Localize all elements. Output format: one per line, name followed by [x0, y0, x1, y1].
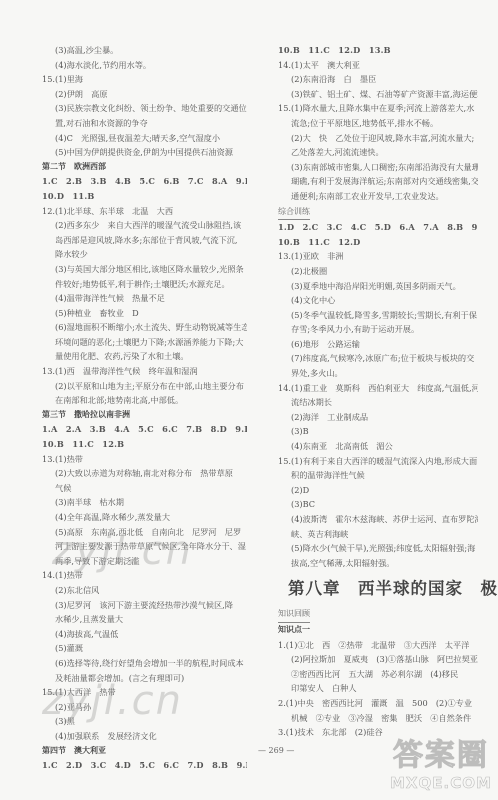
- answer-subline: 通便利;东南部工农业开发早,工农业发达。: [278, 189, 478, 204]
- question-answer: 12.(1)北半球、东半球 北温 大西: [42, 204, 247, 219]
- answer-subline: (6)选择等待,绕行好望角会增加一半的航程,时间成本: [42, 656, 247, 671]
- watermark-zyjl-bottom: zyjl.cn: [42, 678, 183, 724]
- answer-subline: (2)阿拉斯加 夏威夷 (3)①落基山脉 阿巴拉契亚山脉: [278, 652, 478, 667]
- section-heading: 第三节 撒哈拉以南非洲: [42, 408, 247, 423]
- answer-subline: 件较好;地势低平,利于耕作;土壤肥沃;水源充足。: [42, 277, 247, 292]
- answer-subline: (3)高温,沙尘暴。: [42, 43, 247, 58]
- answer-subline: (5)灌溉: [42, 641, 247, 656]
- answer-subline: 积的温带海洋性气候: [278, 468, 478, 483]
- section-heading: 第二节 欧洲西部: [42, 160, 247, 175]
- answer-subline: (3)铁矿、铝土矿、煤、石油等矿产资源丰富,海运便利。: [278, 87, 478, 102]
- answer-subline: 乙处落差大,河流流速快。: [278, 145, 478, 160]
- answer-subline: 拔高,空气稀薄,太阳辐射强。: [278, 556, 478, 571]
- answer-subline: 气候: [42, 481, 247, 496]
- answer-subline: 量使用化肥、农药,污染了水和土壤。: [42, 349, 247, 364]
- right-column: 10.B 11.C 12.D 13.B14.(1)太平 澳大利亚(2)东南沿海 …: [278, 43, 478, 740]
- question-answer: 14.(1)太平 澳大利亚: [278, 58, 478, 73]
- multiple-choice-answers: 1.D 2.C 3.C 4.C 5.D 6.A 7.A 8.B 9.A: [278, 220, 478, 235]
- question-answer: 14.(1)重工业 莫斯科 西伯利亚大 纬度高,气温低,河: [278, 381, 478, 396]
- answer-subline: (5)中国为伊朗提供资金,伊朗为中国提供石油资源: [42, 145, 247, 160]
- box-heading: 综合训练: [278, 204, 478, 221]
- answer-subline: (6)湿地面积不断缩小;水土流失、野生动物锐减等生态: [42, 320, 247, 335]
- section-heading: 第四节 澳大利亚: [42, 744, 247, 759]
- answer-subline: (4)海拔高,气温低: [42, 627, 247, 642]
- answer-subline: (4)全年高温,降水稀少,蒸发量大: [42, 510, 247, 525]
- right-after-chapter: 知识回顾知识点一1.(1)①北 西 ②热带 北温带 ③大西洋 太平洋(2)阿拉斯…: [278, 606, 478, 739]
- watermark-zyjl-top: zyjl.cn: [52, 528, 193, 574]
- page-number: — 269 —: [258, 746, 294, 755]
- answer-page: (3)高温,沙尘暴。(4)海水淡化,节约用水等。15.(1)里海(2)伊朗 高原…: [0, 0, 498, 800]
- answer-subline: (3)BC: [278, 497, 478, 512]
- answer-subline: (6)地形 公路运输: [278, 337, 478, 352]
- answer-subline: (4)温带海洋性气候 热量不足: [42, 291, 247, 306]
- answer-subline: 流结冰期长: [278, 395, 478, 410]
- multiple-choice-answers: 10.D 11.B: [42, 189, 247, 204]
- watermark-mxqe: 答案圈 MXQE.COM: [390, 730, 492, 792]
- answer-subline: (3)夏季地中海沿岸阳光明媚,英国多阴雨天气。: [278, 279, 478, 294]
- answer-subline: (4)加强联系 发展经济文化: [42, 729, 247, 744]
- multiple-choice-answers: 10.B 11.C 12.D 13.B: [278, 43, 478, 58]
- question-answer: 15.(1)有利于来自大西洋的暖湿气流深入内地,形成大面: [278, 454, 478, 469]
- answer-subline: (2)东北信风: [42, 583, 247, 598]
- answer-subline: (2)东南沿海 白 墨臣: [278, 72, 478, 87]
- answer-subline: (2)伊朗 高原: [42, 87, 247, 102]
- answer-subline: (3)东南部城市密集,人口稠密;东南部沿海没有大量珊: [278, 160, 478, 175]
- answer-subline: (5)降水少(气候干旱),光照强;纬度低,太阳辐射强;海: [278, 541, 478, 556]
- watermark-mxqe-cn: 答案圈: [390, 730, 492, 774]
- multiple-choice-answers: 1.A 2.A 3.B 4.A 5.C 6.C 7.B 8.D 9.B: [42, 422, 247, 437]
- box-heading-label: 知识回顾: [278, 607, 310, 623]
- multiple-choice-answers: 1.C 2.D 3.C 4.D 5.C 6.C 7.D 8.B 9.D: [42, 758, 247, 773]
- answer-subline: (2)北极圈: [278, 264, 478, 279]
- chapter-title: 第八章 西半球的国家 极地地区: [288, 576, 478, 602]
- answer-subline: 岛西部是迎风坡,降水多;东部位于背风坡,气流下沉,: [42, 233, 247, 248]
- answer-subline: (4)东南亚 北高南低 湄公: [278, 439, 478, 454]
- answer-subline: 机械 ②专业 ③冷湿 密集 肥沃 ④自然条件: [278, 711, 478, 726]
- answer-subline: 流急;位于平原地区,地势低平,排水不畅。: [278, 116, 478, 131]
- answer-subline: 瑚礁,有利于发展海洋航运;东南部对内交通线密集,交: [278, 174, 478, 189]
- answer-subline: (5)种植业 畜牧业 D: [42, 306, 247, 321]
- question-answer: 15.(1)降水量大,且降水集中在夏季;河流上游落差大,水: [278, 101, 478, 116]
- question-answer: 2.(1)中央 密西西比河 灌溉 温 500 (2)①专业: [278, 696, 478, 711]
- question-answer: 15.(1)里海: [42, 72, 247, 87]
- answer-subline: 存雪;冬季风力小,有助于运动开展。: [278, 322, 478, 337]
- answer-subline: (4)海水淡化,节约用水等。: [42, 58, 247, 73]
- answer-subline: (2)西多东少 来自大西洋的暖湿气流受山脉阻挡,该: [42, 218, 247, 233]
- answer-subline: 水稀少,且蒸发量大: [42, 612, 247, 627]
- answer-subline: (3)与英国大部分地区相比,该地区降水量较少,光照条: [42, 262, 247, 277]
- answer-subline: 峡、英吉利海峡: [278, 527, 478, 542]
- multiple-choice-answers: 1.C 2.B 3.B 4.B 5.C 6.B 7.C 8.A 9.D: [42, 174, 247, 189]
- answer-subline: 界处,多火山。: [278, 366, 478, 381]
- answer-subline: (4)C 光照强,昼夜温差大;晴天多,空气湿度小: [42, 131, 247, 146]
- answer-subline: 置,对石油和水资源的争夺: [42, 116, 247, 131]
- left-column: (3)高温,沙尘暴。(4)海水淡化,节约用水等。15.(1)里海(2)伊朗 高原…: [42, 43, 247, 773]
- multiple-choice-answers: 10.B 11.C 12.B: [42, 437, 247, 452]
- answer-subline: 降水较少: [42, 247, 247, 262]
- box-heading-label: 综合训练: [278, 205, 310, 221]
- answer-subline: (3)民族宗教文化纠纷、领土纷争、地处重要的交通位: [42, 101, 247, 116]
- answer-subline: ②密西西比河 五大湖 苏必利尔湖 (4)移民: [278, 667, 478, 682]
- answer-subline: (2)D: [278, 483, 478, 498]
- question-answer: 13.(1)西 温带海洋性气候 终年温和湿润: [42, 364, 247, 379]
- answer-subline: (2)海洋 工业制成品: [278, 410, 478, 425]
- box-heading: 知识回顾: [278, 606, 478, 623]
- right-before-chapter: 10.B 11.C 12.D 13.B14.(1)太平 澳大利亚(2)东南沿海 …: [278, 43, 478, 570]
- answer-subline: 在南部和北部;地势南北高,中部低。: [42, 393, 247, 408]
- answer-subline: (2)以平原和山地为主;平原分布在中部,山地主要分布: [42, 379, 247, 394]
- answer-subline: (3)尼罗河 该河下游主要流经热带沙漠气候区,降: [42, 598, 247, 613]
- answer-subline: (3)南半球 枯水期: [42, 495, 247, 510]
- answer-subline: (4)波斯湾 霍尔木兹海峡、苏伊士运河、直布罗陀海: [278, 512, 478, 527]
- section-heading: 知识点一: [278, 623, 478, 638]
- answer-subline: (4)文化中心: [278, 293, 478, 308]
- answer-subline: 印第安人 白种人: [278, 681, 478, 696]
- multiple-choice-answers: 10.B 11.C 12.D: [278, 235, 478, 250]
- answer-subline: (2)大 快 乙处位于迎风坡,降水丰富,河流水量大;: [278, 131, 478, 146]
- answer-subline: (2)大致以赤道为对称轴,南北对称分布 热带草原: [42, 466, 247, 481]
- question-answer: 13.(1)热带: [42, 452, 247, 467]
- watermark-mxqe-en: MXQE.COM: [390, 774, 492, 792]
- question-answer: 1.(1)①北 西 ②热带 北温带 ③大西洋 太平洋: [278, 638, 478, 653]
- answer-subline: (7)纬度高,气候寒冷,冰原广布;位于板块与板块的交: [278, 351, 478, 366]
- answer-subline: 环境问题的恶化;土壤肥力下降;水源涵养能力下降;大: [42, 335, 247, 350]
- question-answer: 13.(1)亚欧 非洲: [278, 249, 478, 264]
- answer-subline: (5)冬季气温较低,降雪多,雪期较长;雪期长,有利于保: [278, 308, 478, 323]
- answer-subline: (3)B: [278, 424, 478, 439]
